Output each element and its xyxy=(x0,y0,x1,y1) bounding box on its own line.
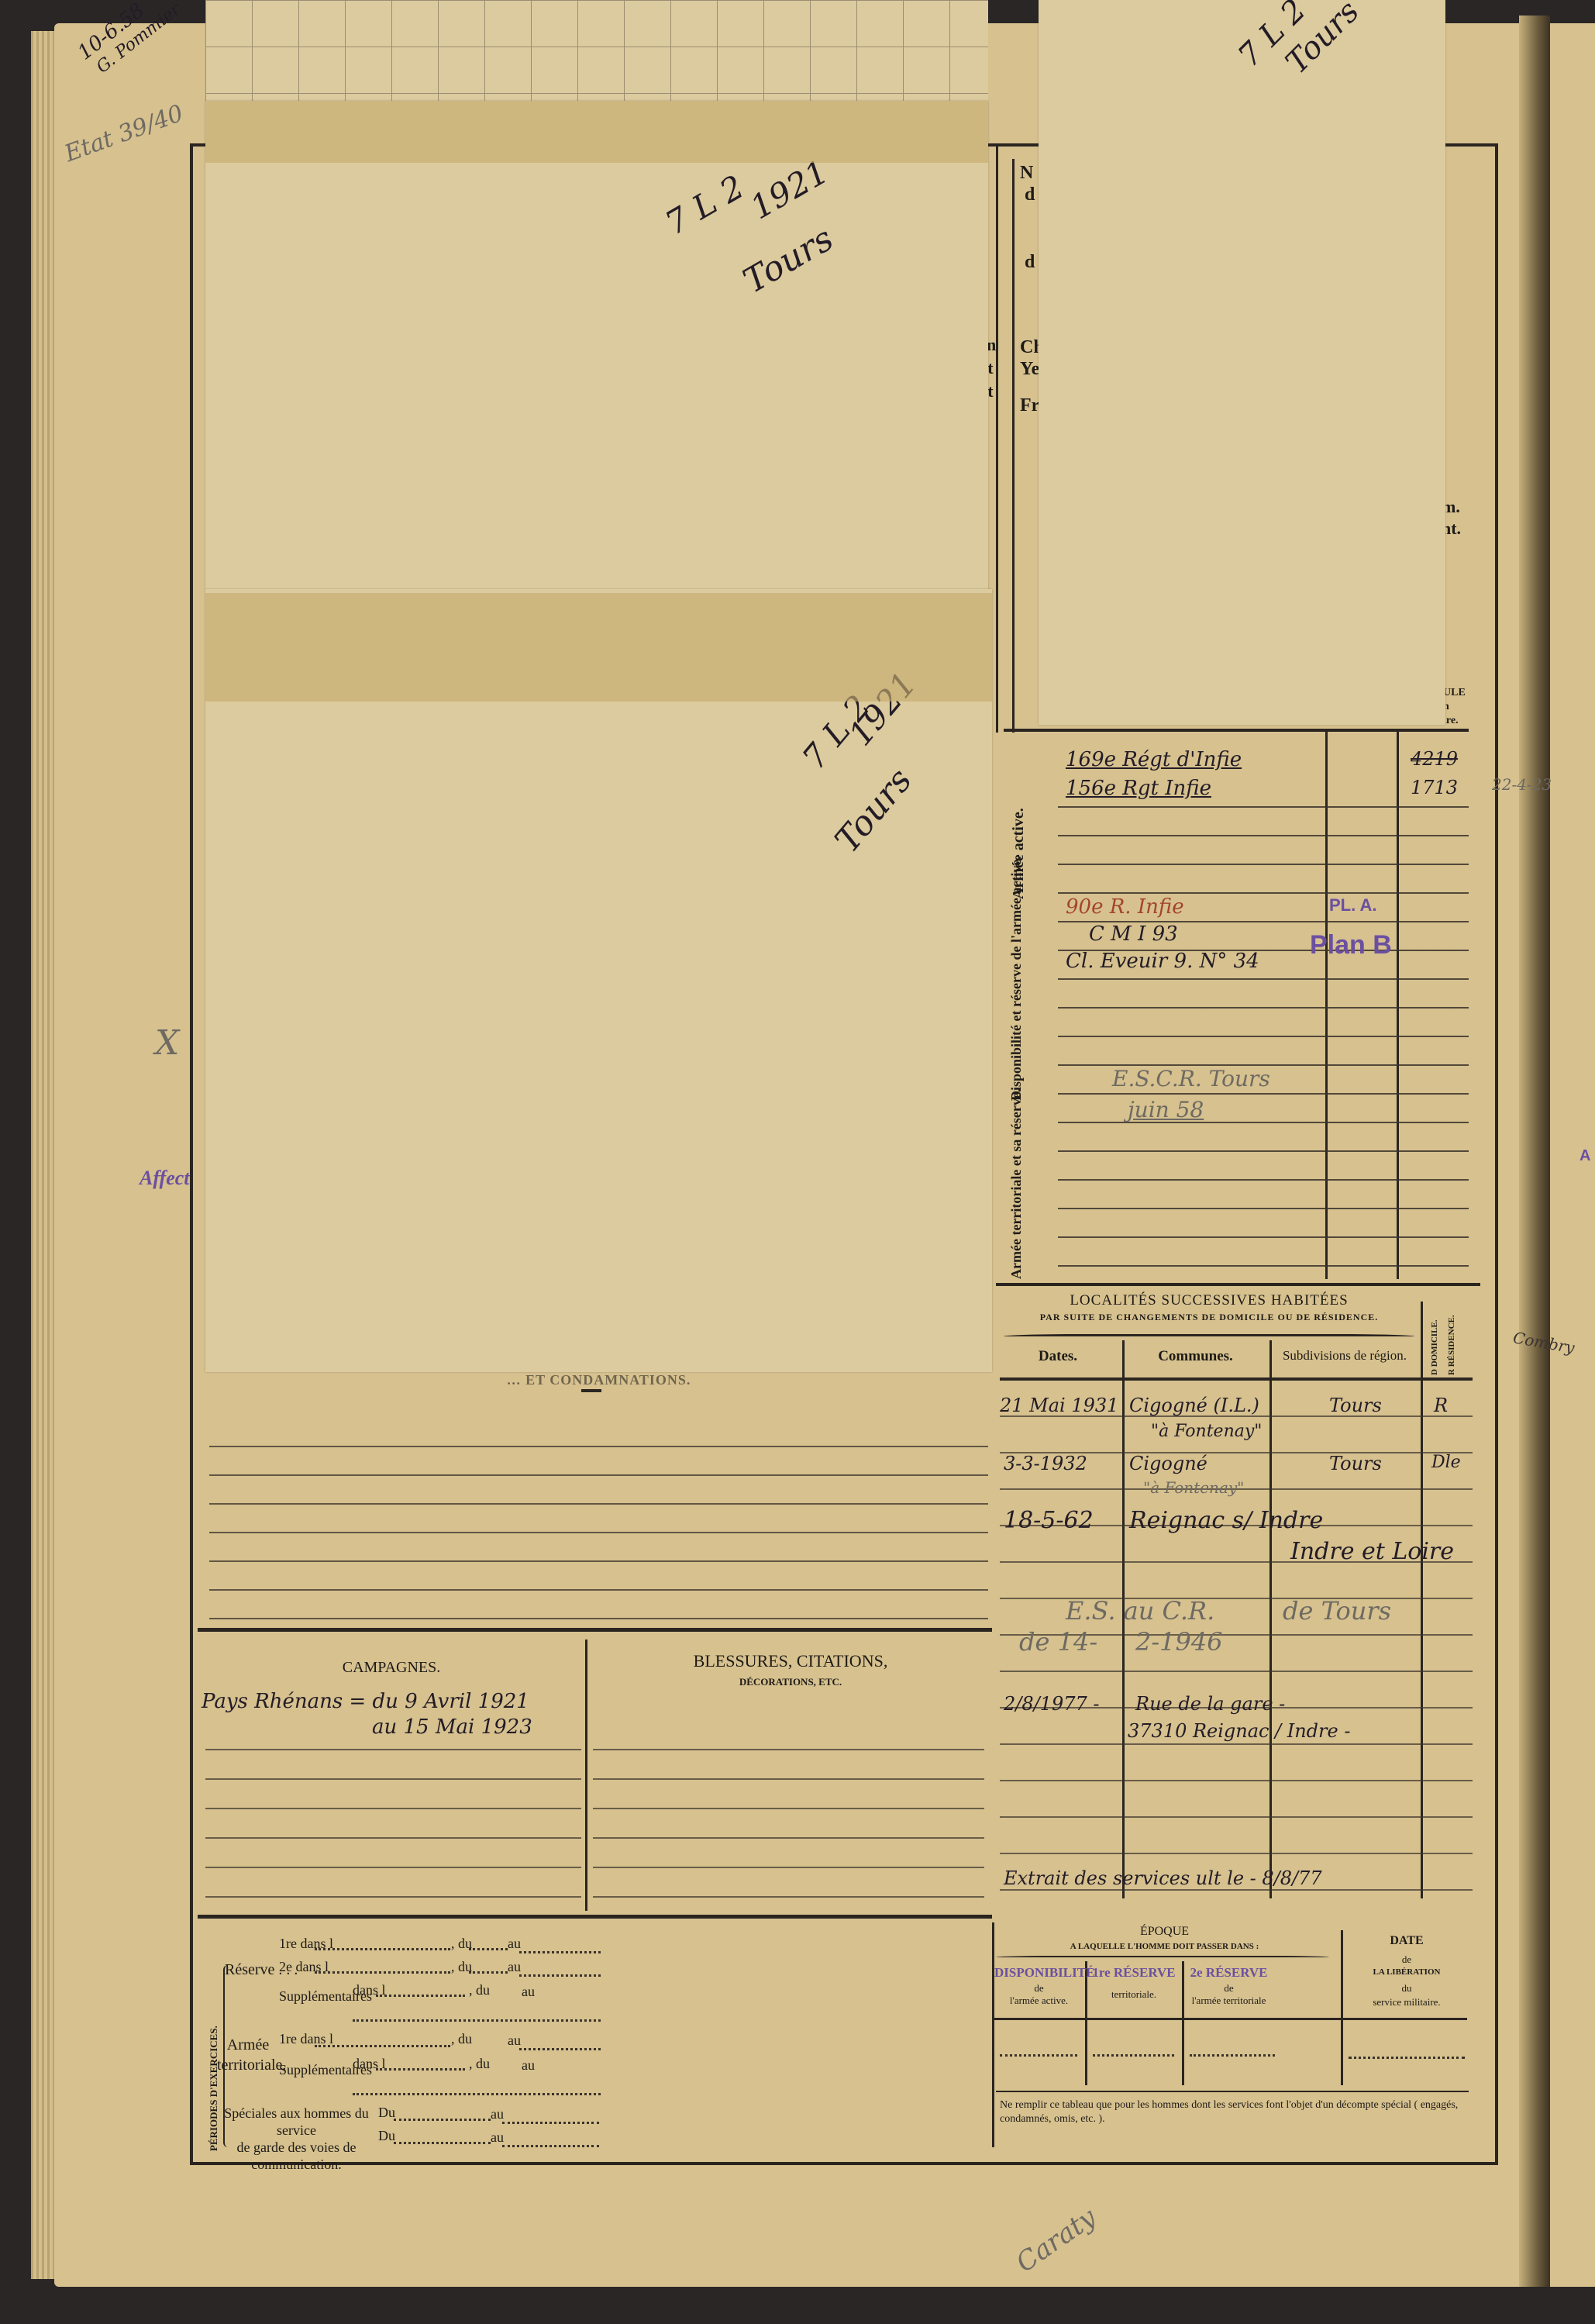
epoque-title: ÉPOQUE xyxy=(988,1925,1341,1939)
fragment-label: Ye xyxy=(1020,359,1039,380)
row-commune: E.S. au C.R. xyxy=(1066,1596,1214,1626)
row-date: 18-5-62 xyxy=(1004,1507,1094,1534)
section-label-territoriale: Armée territoriale et sa réserve. xyxy=(1008,1101,1025,1279)
reserve-entry: Cl. Eveuir 9. N° 34 xyxy=(1066,950,1259,973)
adhesive-tape xyxy=(205,593,992,702)
matricule-number: 4219 xyxy=(1411,748,1458,770)
row-subdivision: Tours xyxy=(1329,1453,1382,1474)
row-dr: Dle xyxy=(1431,1453,1461,1472)
stamp-plan-b: Plan B xyxy=(1310,930,1392,960)
row-commune: 2-1946 xyxy=(1135,1627,1223,1657)
localites-subtitle: PAR SUITE DE CHANGEMENTS DE DOMICILE OU … xyxy=(996,1312,1422,1323)
matricule-number: 1713 xyxy=(1411,777,1458,798)
epoque-footnote: Ne remplir ce tableau que pour les homme… xyxy=(1000,2098,1465,2126)
extrait-note: Extrait des services ult le - 8/8/77 xyxy=(1004,1867,1322,1889)
graph-paper-strip xyxy=(205,0,988,116)
overlay-sheet-middle: 7 L 2 1921 Tours xyxy=(205,589,992,1372)
active-entry: 156e Rgt Infie xyxy=(1066,777,1211,800)
fragment-label: N xyxy=(1020,163,1033,183)
adhesive-tape xyxy=(205,101,988,163)
stamp-disponibilite: DISPONIBILITÉ xyxy=(994,1965,1083,1981)
blessures-subtitle: DÉCORATIONS, ETC. xyxy=(589,1676,992,1688)
row-subdivision: Tours xyxy=(1329,1395,1382,1416)
stamp-2e-reserve: 2e RÉSERVE xyxy=(1184,1965,1273,1981)
row-date: 3-3-1932 xyxy=(1004,1453,1087,1474)
row-commune: Rue de la gare - xyxy=(1135,1693,1285,1715)
book-spine xyxy=(1519,16,1550,2302)
localites-title: LOCALITÉS SUCCESSIVES HABITÉES xyxy=(996,1292,1422,1309)
scan-background-bottom xyxy=(0,2287,1595,2324)
affectation-stamp: Affect xyxy=(140,1167,190,1190)
col-residence: R RÉSIDENCE. xyxy=(1447,1302,1456,1375)
fragment-label: Fr xyxy=(1020,395,1039,416)
overlay-note: Tours xyxy=(828,760,920,860)
stamp-1re-reserve: 1re RÉSERVE xyxy=(1087,1965,1180,1981)
territoriale-entry: E.S.C.R. Tours xyxy=(1112,1066,1270,1091)
territoriale-entry: juin 58 xyxy=(1128,1097,1204,1122)
row-commune: Cigogné xyxy=(1129,1453,1207,1474)
fragment-label: d xyxy=(1025,252,1035,273)
row-commune: Reignac s/ Indre xyxy=(1129,1507,1323,1534)
overlay-note: 1921 xyxy=(744,153,835,227)
overlay-note: Tours xyxy=(737,219,840,301)
row-commune: Cigogné (I.L.) xyxy=(1129,1395,1259,1416)
overlay-sheet-top: 7 L 2 1921 Tours xyxy=(205,101,988,589)
campagnes-section: CAMPAGNES. BLESSURES, CITATIONS, DÉCORAT… xyxy=(198,1628,992,1919)
reserve-entry-red: 90e R. Infie xyxy=(1066,895,1184,919)
localites-table: LOCALITÉS SUCCESSIVES HABITÉES PAR SUITE… xyxy=(996,1283,1480,1922)
field-line xyxy=(315,1948,450,1950)
row-date: 2/8/1977 - xyxy=(1004,1693,1100,1715)
row-dr: R xyxy=(1434,1395,1448,1416)
row-subdivision: / Indre - xyxy=(1275,1720,1350,1742)
condamnations-section: … ET CONDAMNATIONS. xyxy=(205,1372,992,1620)
right-fragments-2: ULE n ire. xyxy=(1443,686,1466,728)
col-dates: Dates. xyxy=(996,1348,1120,1365)
next-page-stamp: A xyxy=(1579,1147,1590,1165)
stamp-pl-a: PL. A. xyxy=(1329,895,1377,915)
row-commune2: 37310 Reignac xyxy=(1128,1720,1269,1742)
reserve-entry: C M I 93 xyxy=(1089,922,1178,946)
row-commune2: "à Fontenay" xyxy=(1151,1422,1262,1441)
col-communes: Communes. xyxy=(1124,1348,1267,1365)
row-subdivision: Indre et Loire xyxy=(1290,1538,1454,1565)
periodes-section: PÉRIODES D'EXERCICES. Réserve . . . Armé… xyxy=(202,1919,992,2159)
row-subdivision: de Tours xyxy=(1283,1596,1391,1626)
campagnes-title: CAMPAGNES. xyxy=(198,1659,585,1677)
epoque-table: ÉPOQUE A LAQUELLE L'HOMME DOIT PASSER DA… xyxy=(988,1919,1476,2151)
date-title: DATE xyxy=(1345,1934,1469,1948)
blessures-title: BLESSURES, CITATIONS, xyxy=(589,1651,992,1671)
col-subdivisions: Subdivisions de région. xyxy=(1271,1348,1418,1364)
margin-date-right: 22-4-23 xyxy=(1492,775,1552,794)
epoque-subtitle: A LAQUELLE L'HOMME DOIT PASSER DANS : xyxy=(988,1942,1341,1951)
row-date: de 14- xyxy=(1019,1627,1097,1657)
campagne-entry: Pays Rhénans = du 9 Avril 1921 xyxy=(202,1690,529,1713)
overlay-note: 7 L 2 xyxy=(659,167,750,242)
pencil-x-mark: X xyxy=(155,1023,179,1063)
fragment-label: d xyxy=(1025,184,1035,205)
section-label-disponibilite: Disponibilité et réserve de l'armée acti… xyxy=(1008,907,1025,1101)
row-date: 21 Mai 1931 xyxy=(1000,1395,1118,1416)
active-entry: 169e Régt d'Infie xyxy=(1066,748,1242,771)
territoriale-label: Armée territoriale. xyxy=(217,2035,279,2075)
row-commune2: "à Fontenay" xyxy=(1143,1478,1244,1497)
speciales-label: Spéciales aux hommes du service de garde… xyxy=(221,2105,372,2173)
affectations-table: Armée active. Disponibilité et réserve d… xyxy=(1004,729,1484,1279)
col-domicile: D DOMICILE. xyxy=(1430,1302,1439,1375)
condamnations-title: … ET CONDAMNATIONS. xyxy=(205,1372,992,1388)
overlay-sheet-right: 7 L 2 Tours xyxy=(1039,0,1445,725)
